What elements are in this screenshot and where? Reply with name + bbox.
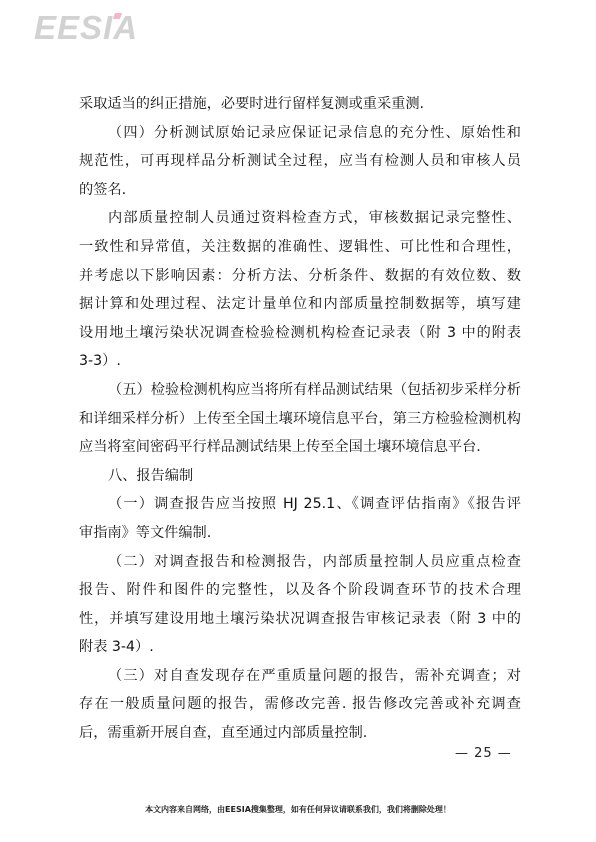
text-line: 应当将室间密码平行样品测试结果上传至全国土壤环境信息平台. xyxy=(79,433,521,462)
paragraph: 采取适当的纠正措施，必要时进行留样复测或重采重测. xyxy=(79,90,521,119)
paragraph: （四）分析测试原始记录应保证记录信息的充分性、原始性和规范性，可再现样品分析测试… xyxy=(79,119,521,205)
text-line: 据计算和处理过程、法定计量单位和内部质量控制数据等，填写建 xyxy=(79,290,521,319)
text-line: 报告、附件和图件的完整性，以及各个阶段调查环节的技术合理 xyxy=(79,576,521,605)
paragraph: （五）检验检测机构应当将所有样品测试结果（包括初步采样分析和详细采样分析）上传至… xyxy=(79,376,521,462)
text-line: （三）对自查发现存在严重质量问题的报告，需补充调查；对 xyxy=(79,662,521,691)
text-line: 和详细采样分析）上传至全国土壤环境信息平台，第三方检验检测机构 xyxy=(79,405,521,434)
paragraph: 内部质量控制人员通过资料检查方式，审核数据记录完整性、一致性和异常值，关注数据的… xyxy=(79,204,521,376)
paragraph: （一）调查报告应当按照 HJ 25.1、《调查评估指南》《报告评审指南》等文件编… xyxy=(79,490,521,547)
text-line: 3-3）. xyxy=(79,347,521,376)
text-line: 采取适当的纠正措施，必要时进行留样复测或重采重测. xyxy=(79,90,521,119)
document-body: 采取适当的纠正措施，必要时进行留样复测或重采重测.（四）分析测试原始记录应保证记… xyxy=(79,90,521,748)
eesia-logo: EESIA xyxy=(34,11,138,44)
section-heading: 八、报告编制 xyxy=(79,462,521,491)
text-line: （四）分析测试原始记录应保证记录信息的充分性、原始性和 xyxy=(79,119,521,148)
logo-text: EESIA xyxy=(34,9,138,46)
text-line: 审指南》等文件编制. xyxy=(79,519,521,548)
text-line: 附表 3-4）. xyxy=(79,633,521,662)
text-line: （五）检验检测机构应当将所有样品测试结果（包括初步采样分析 xyxy=(79,376,521,405)
footer-disclaimer: 本文内容来自网络，由EESIA搜集整理，如有任何异议请联系我们，我们将删除处理！ xyxy=(0,804,596,815)
paragraph: （三）对自查发现存在严重质量问题的报告，需补充调查；对存在一般质量问题的报告，需… xyxy=(79,662,521,748)
text-line: 一致性和异常值，关注数据的准确性、逻辑性、可比性和合理性， xyxy=(79,233,521,262)
paragraph: （二）对调查报告和检测报告，内部质量控制人员应重点检查报告、附件和图件的完整性，… xyxy=(79,548,521,662)
text-line: 八、报告编制 xyxy=(79,462,521,491)
text-line: 后，需重新开展自查，直至通过内部质量控制. xyxy=(79,719,521,748)
text-line: 内部质量控制人员通过资料检查方式，审核数据记录完整性、 xyxy=(79,204,521,233)
text-line: （二）对调查报告和检测报告，内部质量控制人员应重点检查 xyxy=(79,548,521,577)
text-line: 规范性，可再现样品分析测试全过程，应当有检测人员和审核人员 xyxy=(79,147,521,176)
text-line: 的签名. xyxy=(79,176,521,205)
text-line: 并考虑以下影响因素：分析方法、分析条件、数据的有效位数、数 xyxy=(79,262,521,291)
text-line: 性，并填写建设用地土壤污染状况调查报告审核记录表（附 3 中的 xyxy=(79,605,521,634)
text-line: （一）调查报告应当按照 HJ 25.1、《调查评估指南》《报告评 xyxy=(79,490,521,519)
text-line: 存在一般质量问题的报告，需修改完善. 报告修改完善或补充调查 xyxy=(79,690,521,719)
page-number: — 25 — xyxy=(455,746,512,761)
text-line: 设用地土壤污染状况调查检验检测机构检查记录表（附 3 中的附表 xyxy=(79,319,521,348)
